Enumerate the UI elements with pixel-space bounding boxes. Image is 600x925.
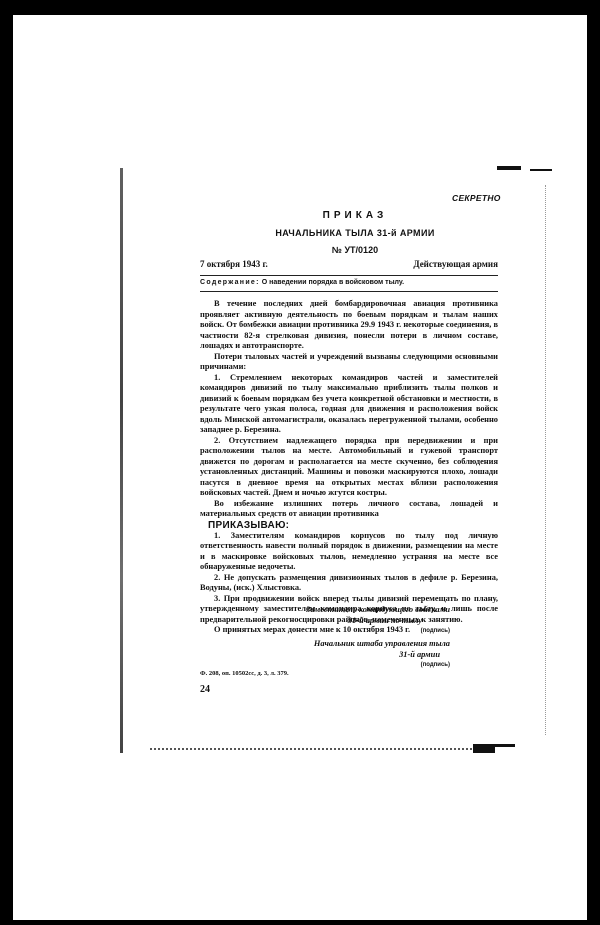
- document-title: ПРИКАЗ НАЧАЛЬНИКА ТЫЛА 31-й АРМИИ № УТ/0…: [200, 210, 510, 255]
- classification-stamp: СЕКРЕТНО: [452, 193, 501, 203]
- subject-label: Содержание:: [200, 279, 260, 286]
- order-item: 1. Заместителям командиров корпусов по т…: [200, 531, 498, 573]
- signature-note: (подпись): [290, 660, 450, 671]
- title-order: ПРИКАЗ: [200, 210, 510, 221]
- signature-note: (подпись): [290, 626, 450, 637]
- signature-title: Заместитель командующего войсками: [290, 605, 450, 616]
- signature-block-2: Начальник штаба управления тыла 31-й арм…: [290, 639, 450, 671]
- paragraph: 2. Отсутствием надлежащего порядка при п…: [200, 436, 498, 499]
- signature-subtitle: 31-й армии по тылу: [290, 616, 450, 627]
- scan-mark-top-1: [497, 166, 521, 170]
- paragraph: Во избежание излишних потерь личного сос…: [200, 499, 498, 520]
- title-number: № УТ/0120: [200, 245, 510, 255]
- paragraph: В течение последних дней бомбардировочна…: [200, 299, 498, 352]
- signature-block-1: Заместитель командующего войсками 31-й а…: [290, 605, 450, 637]
- document-date: 7 октября 1943 г.: [200, 259, 268, 269]
- scan-edge-right: [545, 185, 547, 735]
- subject-text: О наведении порядка в войсковом тылу.: [262, 279, 404, 286]
- archive-reference: Ф. 208, оп. 10502сс, д. 3, л. 379.: [200, 670, 289, 677]
- signature-title: Начальник штаба управления тыла: [290, 639, 450, 650]
- document-body: В течение последних дней бомбардировочна…: [200, 299, 498, 636]
- scan-mark-bottom-2: [493, 744, 515, 747]
- page-number: 24: [200, 684, 210, 695]
- document-location: Действующая армия: [413, 259, 498, 269]
- scan-mark-bottom-1: [473, 744, 495, 753]
- scan-mark-top-2: [530, 169, 552, 171]
- paragraph: Потери тыловых частей и учреждений вызва…: [200, 352, 498, 373]
- scan-edge-left: [120, 168, 123, 753]
- paragraph: 1. Стремлением некоторых командиров част…: [200, 373, 498, 436]
- divider-top: [200, 275, 498, 276]
- signature-subtitle: 31-й армии: [290, 650, 450, 661]
- order-heading: ПРИКАЗЫВАЮ:: [200, 520, 498, 531]
- title-issuer: НАЧАЛЬНИКА ТЫЛА 31-й АРМИИ: [200, 228, 510, 238]
- divider-bottom: [200, 291, 498, 292]
- date-location-row: 7 октября 1943 г. Действующая армия: [200, 259, 498, 269]
- order-item: 2. Не допускать размещения дивизионных т…: [200, 573, 498, 594]
- scan-bottom-line: [150, 748, 480, 752]
- subject-line: Содержание: О наведении порядка в войско…: [200, 279, 498, 286]
